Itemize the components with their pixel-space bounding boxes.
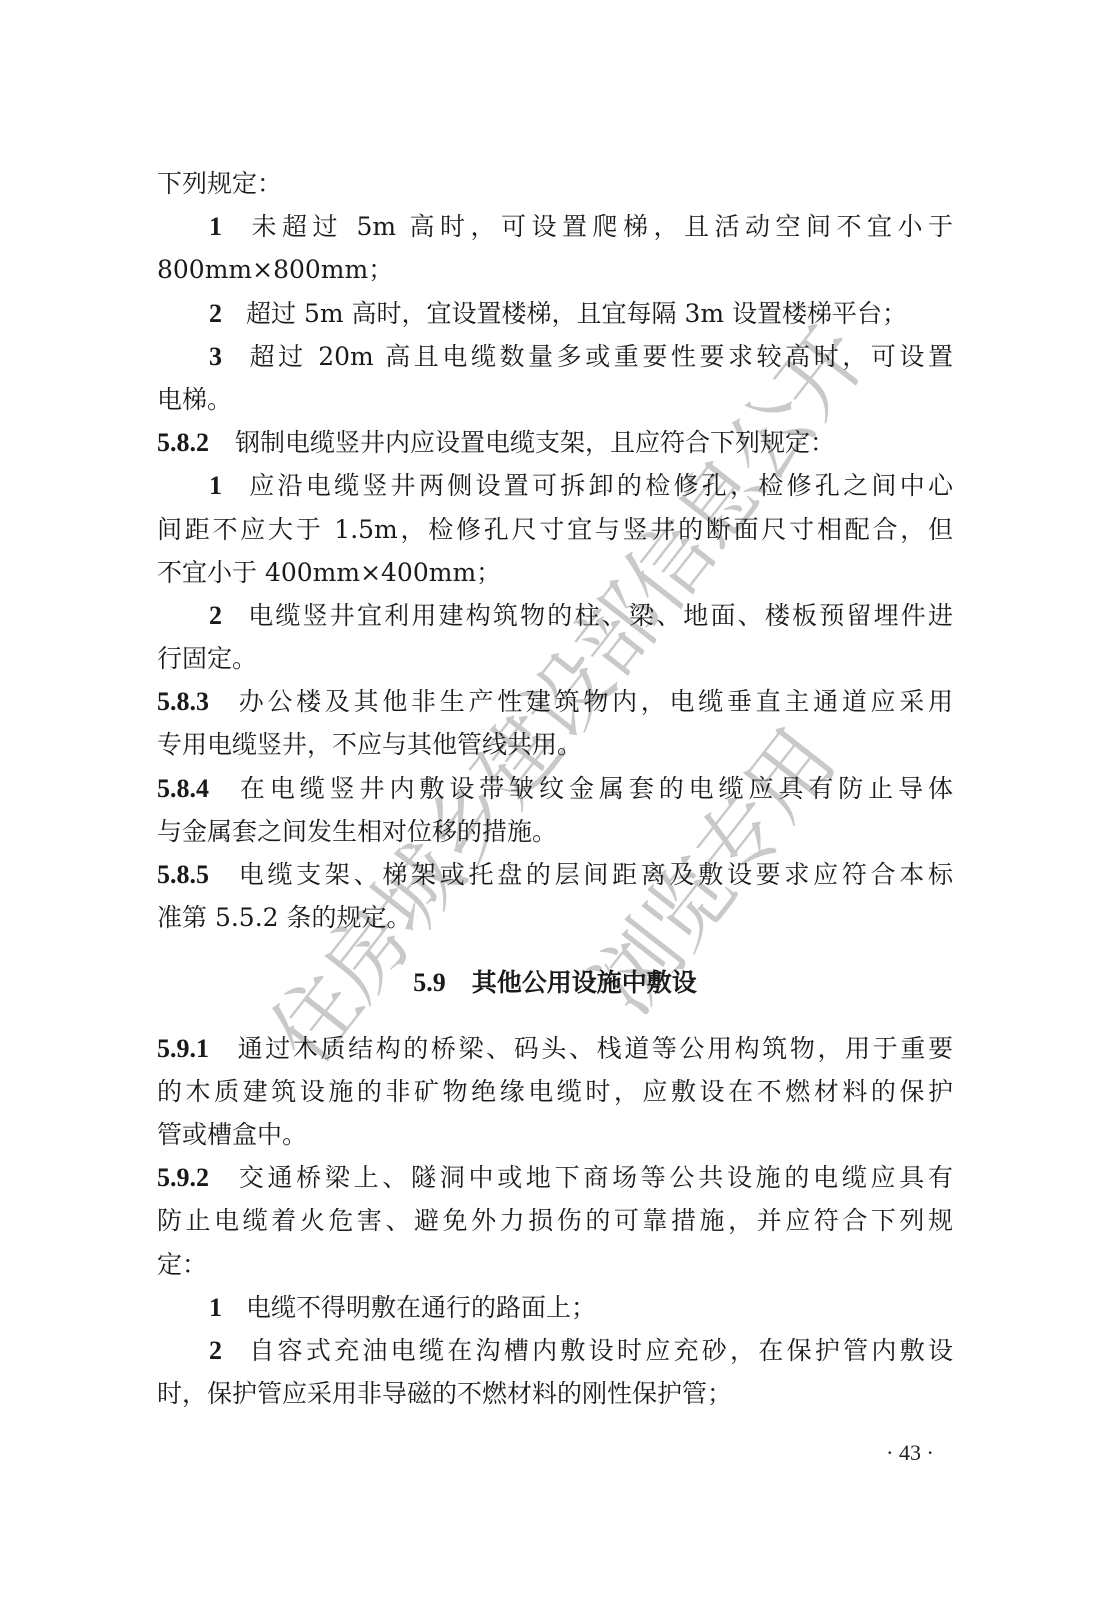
clause-number: 5.8.5: [157, 860, 209, 889]
clause-5-9-1: 5.9.1通过木质结构的桥梁、码头、栈道等公用构筑物，用于重要: [157, 1027, 953, 1070]
item-text: 应沿电缆竖井两侧设置可拆卸的检修孔，检修孔之间中心: [246, 471, 953, 500]
item-text: 电缆不得明敷在通行的路面上；: [246, 1293, 596, 1322]
item-number: 2: [209, 601, 222, 630]
clause-5-9-2-item-2-cont: 时，保护管应采用非导磁的不燃材料的刚性保护管；: [157, 1372, 953, 1415]
clause-number: 5.8.3: [157, 687, 209, 716]
list-item-2: 2超过 5m 高时，宜设置楼梯，且宜每隔 3m 设置楼梯平台；: [157, 292, 953, 335]
clause-5-9-1-cont2: 管或槽盒中。: [157, 1113, 953, 1156]
clause-text: 电缆支架、梯架或托盘的层间距离及敷设要求应符合本标: [235, 860, 953, 889]
clause-number: 5.9.1: [157, 1034, 209, 1063]
item-text: 未超过 5m 高时，可设置爬梯，且活动空间不宜小于: [246, 212, 953, 241]
clause-5-8-2-item-2: 2电缆竖井宜利用建构筑物的柱、梁、地面、楼板预留埋件进: [157, 594, 953, 637]
item-text: 超过 5m 高时，宜设置楼梯，且宜每隔 3m 设置楼梯平台；: [246, 299, 907, 328]
clause-5-8-2-item-1-cont2: 不宜小于 400mm×400mm；: [157, 551, 953, 594]
spacer: [157, 939, 953, 961]
clause-5-8-5-cont: 准第 5.5.2 条的规定。: [157, 896, 953, 939]
item-number: 2: [209, 299, 222, 328]
item-text: 超过 20m 高且电缆数量多或重要性要求较高时，可设置: [246, 342, 953, 371]
clause-text: 交通桥梁上、隧洞中或地下商场等公共设施的电缆应具有: [235, 1163, 953, 1192]
item-number: 1: [209, 471, 222, 500]
section-title: 其他公用设施中敷设: [472, 968, 697, 997]
clause-5-8-2-item-1-cont: 间距不应大于 1.5m，检修孔尺寸宜与竖井的断面尺寸相配合，但: [157, 508, 953, 551]
list-item-1-cont: 800mm×800mm；: [157, 248, 953, 291]
item-text: 电缆竖井宜利用建构筑物的柱、梁、地面、楼板预留埋件进: [246, 601, 953, 630]
item-number: 2: [209, 1336, 222, 1365]
clause-text: 钢制电缆竖井内应设置电缆支架，且应符合下列规定：: [235, 428, 835, 457]
list-item-1: 1未超过 5m 高时，可设置爬梯，且活动空间不宜小于: [157, 205, 953, 248]
clause-text: 在电缆竖井内敷设带皱纹金属套的电缆应具有防止导体: [235, 774, 953, 803]
item-number: 3: [209, 342, 222, 371]
clause-5-8-2: 5.8.2钢制电缆竖井内应设置电缆支架，且应符合下列规定：: [157, 421, 953, 464]
clause-number: 5.9.2: [157, 1163, 209, 1192]
clause-5-8-4: 5.8.4在电缆竖井内敷设带皱纹金属套的电缆应具有防止导体: [157, 767, 953, 810]
list-item-3: 3超过 20m 高且电缆数量多或重要性要求较高时，可设置: [157, 335, 953, 378]
clause-5-9-2-item-1: 1电缆不得明敷在通行的路面上；: [157, 1286, 953, 1329]
clause-5-9-2-item-2: 2自容式充油电缆在沟槽内敷设时应充砂，在保护管内敷设: [157, 1329, 953, 1372]
page-number: · 43 ·: [860, 1440, 960, 1466]
section-heading-5-9: 5.9其他公用设施中敷设: [157, 961, 953, 1004]
page-body: 下列规定： 1未超过 5m 高时，可设置爬梯，且活动空间不宜小于 800mm×8…: [157, 162, 953, 1415]
clause-5-9-2-cont2: 定：: [157, 1243, 953, 1286]
clause-5-8-3-cont: 专用电缆竖井，不应与其他管线共用。: [157, 723, 953, 766]
list-item-3-cont: 电梯。: [157, 378, 953, 421]
clause-text: 通过木质结构的桥梁、码头、栈道等公用构筑物，用于重要: [235, 1034, 953, 1063]
clause-number: 5.8.4: [157, 774, 209, 803]
continuation-text: 下列规定：: [157, 162, 953, 205]
clause-5-9-1-cont: 的木质建筑设施的非矿物绝缘电缆时，应敷设在不燃材料的保护: [157, 1070, 953, 1113]
clause-text: 办公楼及其他非生产性建筑物内，电缆垂直主通道应采用: [235, 687, 953, 716]
section-number: 5.9: [413, 968, 446, 997]
item-number: 1: [209, 212, 222, 241]
clause-5-8-2-item-2-cont: 行固定。: [157, 637, 953, 680]
item-text: 自容式充油电缆在沟槽内敷设时应充砂，在保护管内敷设: [246, 1336, 953, 1365]
clause-5-8-4-cont: 与金属套之间发生相对位移的措施。: [157, 810, 953, 853]
clause-5-8-2-item-1: 1应沿电缆竖井两侧设置可拆卸的检修孔，检修孔之间中心: [157, 464, 953, 507]
clause-number: 5.8.2: [157, 428, 209, 457]
clause-5-9-2-cont: 防止电缆着火危害、避免外力损伤的可靠措施，并应符合下列规: [157, 1199, 953, 1242]
document-page: 住房城乡建设部信息公开 浏览专用 下列规定： 1未超过 5m 高时，可设置爬梯，…: [0, 0, 1106, 1598]
clause-5-8-5: 5.8.5电缆支架、梯架或托盘的层间距离及敷设要求应符合本标: [157, 853, 953, 896]
item-number: 1: [209, 1293, 222, 1322]
clause-5-8-3: 5.8.3办公楼及其他非生产性建筑物内，电缆垂直主通道应采用: [157, 680, 953, 723]
clause-5-9-2: 5.9.2交通桥梁上、隧洞中或地下商场等公共设施的电缆应具有: [157, 1156, 953, 1199]
